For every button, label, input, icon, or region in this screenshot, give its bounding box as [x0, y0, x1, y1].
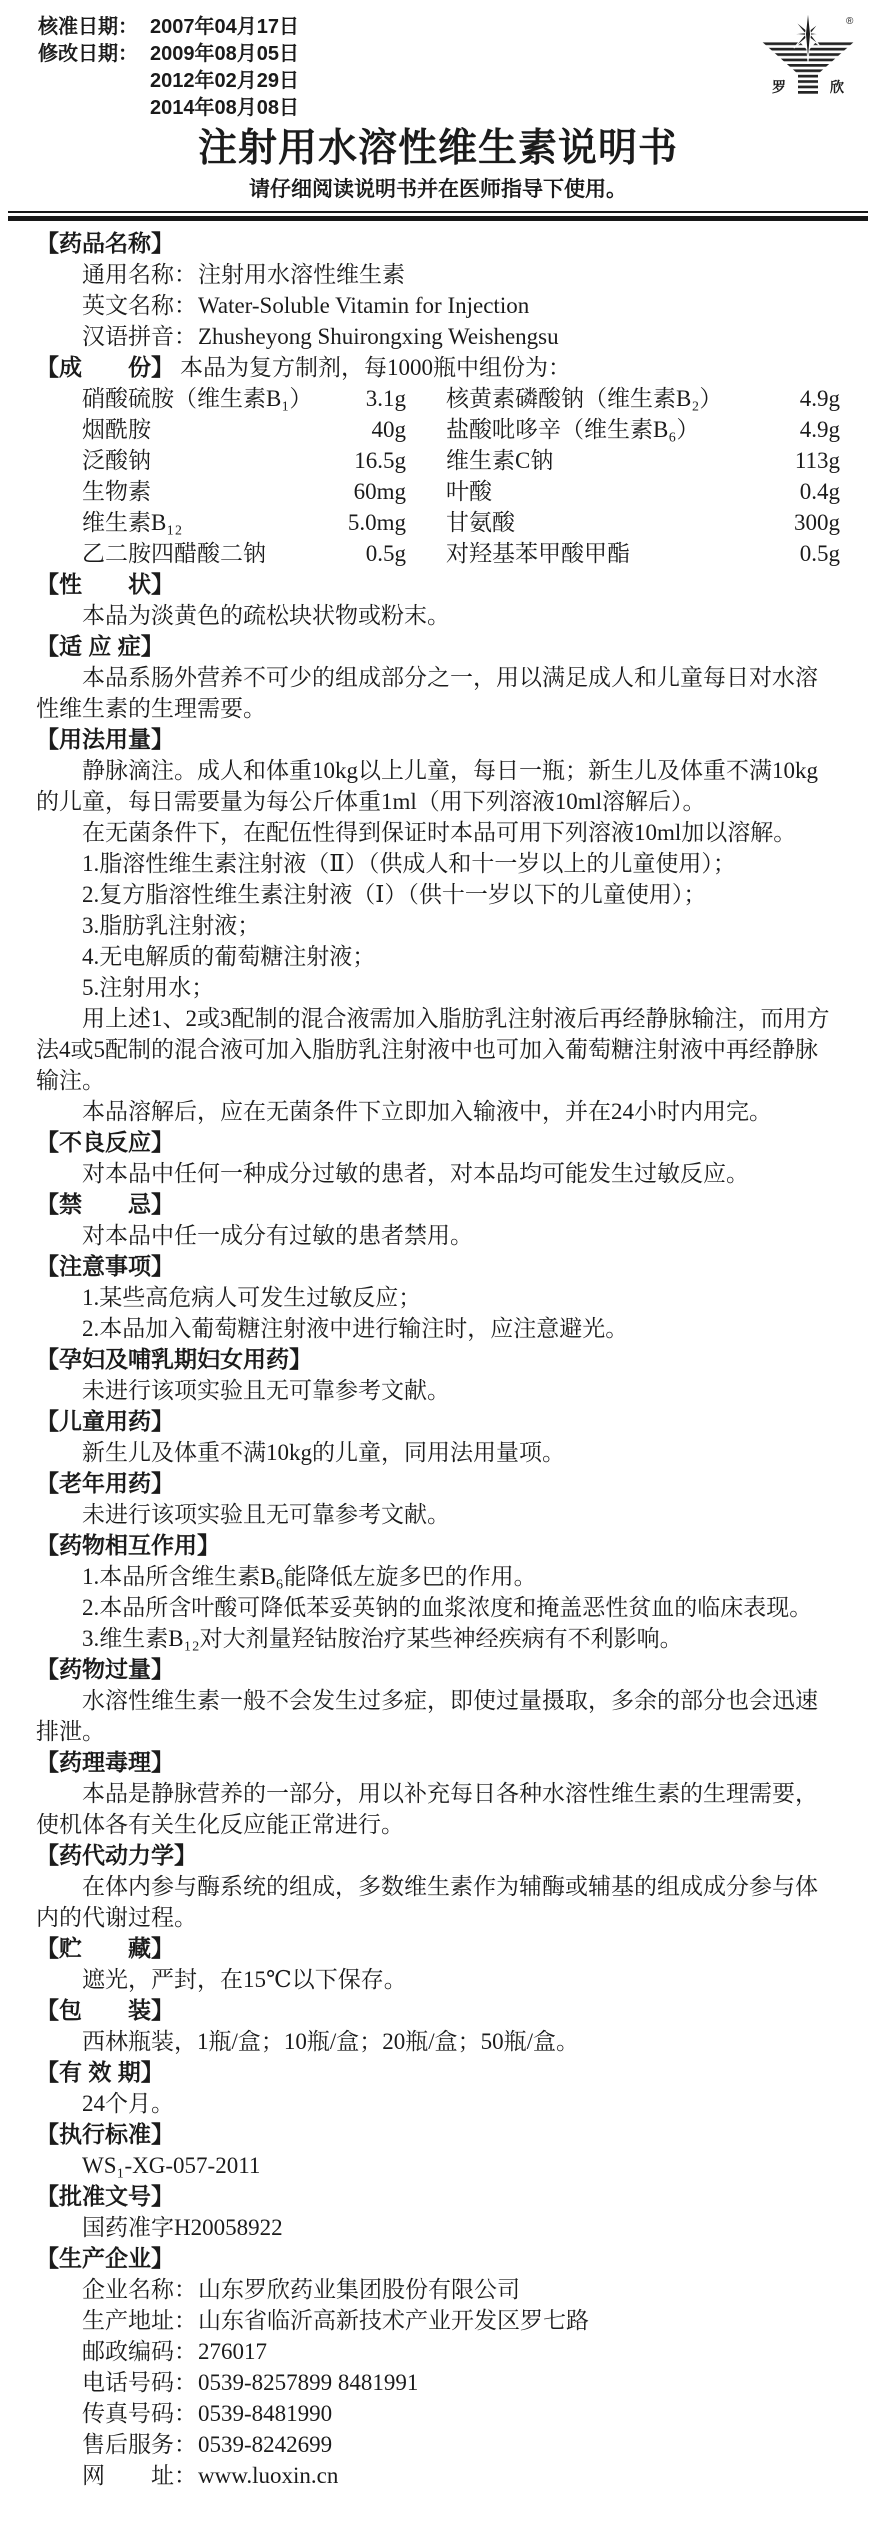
section-contraindications: 【禁 忌】对本品中任一成分有过敏的患者禁用。 — [36, 1189, 840, 1251]
paragraph: WS₁-XG-057-2011 — [36, 2150, 840, 2181]
paragraph: 在体内参与酶系统的组成，多数维生素作为辅酶或辅基的组成成分参与体内的代谢过程。 — [36, 1871, 840, 1933]
ingredient-amount: 4.9g — [728, 414, 840, 445]
section-heading-line: 【老年用药】 — [36, 1468, 840, 1499]
ingredient-amount: 0.5g — [332, 538, 406, 569]
page-title: 注射用水溶性维生素说明书 — [38, 126, 838, 172]
approval-date-value: 2007年04月17日 — [150, 14, 299, 41]
section-heading-line: 【生产企业】 — [36, 2243, 840, 2274]
field-line: 生产地址：山东省临沂高新技术产业开发区罗七路 — [36, 2305, 840, 2336]
section-heading-line: 【成 份】本品为复方制剂，每1000瓶中组份为： — [36, 352, 840, 383]
field-label: 邮政编码： — [82, 2336, 198, 2367]
paragraph: 在无菌条件下，在配伍性得到保证时本品可用下列溶液10ml加以溶解。 — [36, 817, 840, 848]
section-pregnancy: 【孕妇及哺乳期妇女用药】未进行该项实验且无可靠参考文献。 — [36, 1344, 840, 1406]
ingredient-name: 叶酸 — [406, 476, 728, 507]
leaflet-header: 核准日期： 2007年04月17日 修改日期： 2009年08月05日 2012… — [0, 0, 876, 203]
ingredient-name: 对羟基苯甲酸甲酯 — [406, 538, 728, 569]
paragraph: 本品为淡黄色的疏松块状物或粉末。 — [36, 600, 840, 631]
field-value: Zhusheyong Shuirongxing Weishengsu — [198, 321, 559, 352]
field-line: 英文名称：Water-Soluble Vitamin for Injection — [36, 290, 840, 321]
revision-date-line: 2014年08月08日 — [38, 95, 838, 122]
ingredient-name: 维生素B₁₂ — [82, 507, 332, 538]
paragraph: 新生儿及体重不满10kg的儿童，同用法用量项。 — [36, 1437, 840, 1468]
field-value: 山东省临沂高新技术产业开发区罗七路 — [198, 2305, 589, 2336]
paragraph: 2.本品所含叶酸可降低苯妥英钠的血浆浓度和掩盖恶性贫血的临床表现。 — [36, 1592, 840, 1623]
paragraph: 对本品中任一成分有过敏的患者禁用。 — [36, 1220, 840, 1251]
revision-date-label: 修改日期： — [38, 41, 150, 68]
section-heading-line: 【执行标准】 — [36, 2119, 840, 2150]
field-label: 汉语拼音： — [82, 321, 198, 352]
section-heading-shelf-life: 【有 效 期】 — [36, 2059, 164, 2085]
paragraph: 2.本品加入葡萄糖注射液中进行输注时，应注意避光。 — [36, 1313, 840, 1344]
ingredient-name: 硝酸硫胺（维生素B₁） — [82, 383, 332, 414]
section-heading-adverse-reactions: 【不良反应】 — [36, 1129, 174, 1155]
paragraph: 本品系肠外营养不可少的组成部分之一，用以满足成人和儿童每日对水溶性维生素的生理需… — [36, 662, 840, 724]
section-dosage: 【用法用量】静脉滴注。成人和体重10kg以上儿童，每日一瓶；新生儿及体重不满10… — [36, 724, 840, 1127]
luoxin-brand-logo: 罗 欣 ® — [758, 10, 858, 110]
section-heading-contraindications: 【禁 忌】 — [36, 1191, 174, 1217]
field-value: 0539-8257899 8481991 — [198, 2367, 418, 2398]
section-adverse-reactions: 【不良反应】对本品中任何一种成分过敏的患者，对本品均可能发生过敏反应。 — [36, 1127, 840, 1189]
section-heading-line: 【禁 忌】 — [36, 1189, 840, 1220]
section-heading-approval-number: 【批准文号】 — [36, 2183, 174, 2209]
revision-date-value: 2012年02月29日 — [150, 68, 299, 95]
field-value: 山东罗欣药业集团股份有限公司 — [198, 2274, 520, 2305]
ingredients-table: 硝酸硫胺（维生素B₁）3.1g核黄素磷酸钠（维生素B₂）4.9g烟酰胺40g盐酸… — [36, 383, 840, 569]
field-value: 276017 — [198, 2336, 267, 2367]
field-label: 售后服务： — [82, 2429, 198, 2460]
field-line: 通用名称：注射用水溶性维生素 — [36, 259, 840, 290]
ingredient-amount: 113g — [728, 445, 840, 476]
logo-char-left: 罗 — [772, 79, 786, 95]
page-subtitle: 请仔细阅读说明书并在医师指导下使用。 — [38, 177, 838, 203]
section-description: 【性 状】本品为淡黄色的疏松块状物或粉末。 — [36, 569, 840, 631]
ingredient-name: 烟酰胺 — [82, 414, 332, 445]
section-shelf-life: 【有 效 期】24个月。 — [36, 2057, 840, 2119]
field-label: 英文名称： — [82, 290, 198, 321]
field-line: 售后服务：0539-8242699 — [36, 2429, 840, 2460]
section-heading-line: 【儿童用药】 — [36, 1406, 840, 1437]
section-pharmacokinetics: 【药代动力学】在体内参与酶系统的组成，多数维生素作为辅酶或辅基的组成成分参与体内… — [36, 1840, 840, 1933]
section-heading-pregnancy: 【孕妇及哺乳期妇女用药】 — [36, 1346, 312, 1372]
paragraph: 西林瓶装，1瓶/盒；10瓶/盒；20瓶/盒；50瓶/盒。 — [36, 2026, 840, 2057]
revision-date-line: 2012年02月29日 — [38, 68, 838, 95]
section-heading-line: 【适 应 症】 — [36, 631, 840, 662]
ingredient-amount: 0.5g — [728, 538, 840, 569]
ingredient-amount: 300g — [728, 507, 840, 538]
section-heading-pharmacology-toxicology: 【药理毒理】 — [36, 1749, 174, 1775]
section-heading-dosage: 【用法用量】 — [36, 726, 174, 752]
section-drug-name: 【药品名称】通用名称：注射用水溶性维生素英文名称：Water-Soluble V… — [36, 228, 840, 352]
section-heading-geriatric-use: 【老年用药】 — [36, 1470, 174, 1496]
luoxin-logo-graphic: 罗 欣 ® — [758, 10, 858, 110]
section-heading-line: 【批准文号】 — [36, 2181, 840, 2212]
paragraph: 1.本品所含维生素B₆能降低左旋多巴的作用。 — [36, 1561, 840, 1592]
paragraph: 水溶性维生素一般不会发生过多症，即使过量摄取，多余的部分也会迅速排泄。 — [36, 1685, 840, 1747]
section-heading-line: 【药物相互作用】 — [36, 1530, 840, 1561]
section-heading-line: 【贮 藏】 — [36, 1933, 840, 1964]
section-heading-line: 【性 状】 — [36, 569, 840, 600]
section-drug-interactions: 【药物相互作用】1.本品所含维生素B₆能降低左旋多巴的作用。2.本品所含叶酸可降… — [36, 1530, 840, 1654]
ingredient-name: 泛酸钠 — [82, 445, 332, 476]
section-heading-pediatric-use: 【儿童用药】 — [36, 1408, 174, 1434]
field-label: 网 址： — [82, 2460, 198, 2491]
section-packaging: 【包 装】西林瓶装，1瓶/盒；10瓶/盒；20瓶/盒；50瓶/盒。 — [36, 1995, 840, 2057]
field-line: 邮政编码：276017 — [36, 2336, 840, 2367]
section-heading-storage: 【贮 藏】 — [36, 1935, 174, 1961]
ingredient-name: 乙二胺四醋酸二钠 — [82, 538, 332, 569]
section-heading-description: 【性 状】 — [36, 571, 174, 597]
ingredient-amount: 4.9g — [728, 383, 840, 414]
field-line: 电话号码：0539-8257899 8481991 — [36, 2367, 840, 2398]
ingredient-amount: 60mg — [332, 476, 406, 507]
section-heading-composition: 【成 份】 — [36, 354, 174, 380]
section-composition: 【成 份】本品为复方制剂，每1000瓶中组份为：硝酸硫胺（维生素B₁）3.1g核… — [36, 352, 840, 569]
section-heading-overdose: 【药物过量】 — [36, 1656, 174, 1682]
ingredient-amount: 5.0mg — [332, 507, 406, 538]
paragraph: 24个月。 — [36, 2088, 840, 2119]
field-line: 传真号码：0539-8481990 — [36, 2398, 840, 2429]
section-heading-line: 【孕妇及哺乳期妇女用药】 — [36, 1344, 840, 1375]
section-precautions: 【注意事项】1.某些高危病人可发生过敏反应；2.本品加入葡萄糖注射液中进行输注时… — [36, 1251, 840, 1344]
paragraph: 静脉滴注。成人和体重10kg以上儿童，每日一瓶；新生儿及体重不满10kg的儿童，… — [36, 755, 840, 817]
section-approval-number: 【批准文号】国药准字H20058922 — [36, 2181, 840, 2243]
section-indications: 【适 应 症】本品系肠外营养不可少的组成部分之一，用以满足成人和儿童每日对水溶性… — [36, 631, 840, 724]
paragraph: 3.脂肪乳注射液； — [36, 910, 840, 941]
ingredient-amount: 40g — [332, 414, 406, 445]
field-label: 传真号码： — [82, 2398, 198, 2429]
section-geriatric-use: 【老年用药】未进行该项实验且无可靠参考文献。 — [36, 1468, 840, 1530]
section-heading-precautions: 【注意事项】 — [36, 1253, 174, 1279]
paragraph: 本品溶解后，应在无菌条件下立即加入输液中，并在24小时内用完。 — [36, 1096, 840, 1127]
section-heading-line: 【药品名称】 — [36, 228, 840, 259]
logo-char-right: 欣 — [830, 79, 844, 95]
section-heading-drug-interactions: 【药物相互作用】 — [36, 1532, 220, 1558]
section-heading-line: 【用法用量】 — [36, 724, 840, 755]
section-heading-drug-name: 【药品名称】 — [36, 230, 174, 256]
ingredient-name: 盐酸吡哆辛（维生素B₆） — [406, 414, 728, 445]
section-executive-standard: 【执行标准】WS₁-XG-057-2011 — [36, 2119, 840, 2181]
paragraph: 未进行该项实验且无可靠参考文献。 — [36, 1499, 840, 1530]
paragraph: 5.注射用水； — [36, 972, 840, 1003]
paragraph: 对本品中任何一种成分过敏的患者，对本品均可能发生过敏反应。 — [36, 1158, 840, 1189]
paragraph: 2.复方脂溶性维生素注射液（Ⅰ）（供十一岁以下的儿童使用）； — [36, 879, 840, 910]
ingredient-name: 甘氨酸 — [406, 507, 728, 538]
paragraph: 3.维生素B₁₂对大剂量羟钴胺治疗某些神经疾病有不利影响。 — [36, 1623, 840, 1654]
field-label: 通用名称： — [82, 259, 198, 290]
section-heading-manufacturer: 【生产企业】 — [36, 2245, 174, 2271]
approval-date-label: 核准日期： — [38, 14, 150, 41]
paragraph: 4.无电解质的葡萄糖注射液； — [36, 941, 840, 972]
paragraph: 国药准字H20058922 — [36, 2212, 840, 2243]
divider-thin — [8, 211, 868, 213]
ingredient-amount: 0.4g — [728, 476, 840, 507]
paragraph: 1.脂溶性维生素注射液（Ⅱ）（供成人和十一岁以上的儿童使用）； — [36, 848, 840, 879]
field-line: 网 址：www.luoxin.cn — [36, 2460, 840, 2491]
field-value: 0539-8481990 — [198, 2398, 332, 2429]
section-heading-line: 【药代动力学】 — [36, 1840, 840, 1871]
revision-date-value: 2014年08月08日 — [150, 95, 299, 122]
field-value: 0539-8242699 — [198, 2429, 332, 2460]
field-label: 企业名称： — [82, 2274, 198, 2305]
section-heading-line: 【药理毒理】 — [36, 1747, 840, 1778]
paragraph: 本品是静脉营养的一部分，用以补充每日各种水溶性维生素的生理需要，使机体各有关生化… — [36, 1778, 840, 1840]
approval-date-line: 核准日期： 2007年04月17日 — [38, 14, 838, 41]
field-label: 生产地址： — [82, 2305, 198, 2336]
field-label: 电话号码： — [82, 2367, 198, 2398]
ingredient-name: 维生素C钠 — [406, 445, 728, 476]
section-pediatric-use: 【儿童用药】新生儿及体重不满10kg的儿童，同用法用量项。 — [36, 1406, 840, 1468]
ingredient-name: 生物素 — [82, 476, 332, 507]
paragraph: 1.某些高危病人可发生过敏反应； — [36, 1282, 840, 1313]
sections: 【药品名称】通用名称：注射用水溶性维生素英文名称：Water-Soluble V… — [0, 221, 876, 2521]
section-heading-pharmacokinetics: 【药代动力学】 — [36, 1842, 197, 1868]
section-intro-text: 本品为复方制剂，每1000瓶中组份为： — [180, 355, 571, 380]
registered-trademark-icon: ® — [846, 16, 854, 27]
paragraph: 未进行该项实验且无可靠参考文献。 — [36, 1375, 840, 1406]
field-value: www.luoxin.cn — [198, 2460, 338, 2491]
field-value: Water-Soluble Vitamin for Injection — [198, 290, 529, 321]
section-heading-packaging: 【包 装】 — [36, 1997, 174, 2023]
field-line: 汉语拼音：Zhusheyong Shuirongxing Weishengsu — [36, 321, 840, 352]
section-heading-indications: 【适 应 症】 — [36, 633, 164, 659]
section-heading-line: 【注意事项】 — [36, 1251, 840, 1282]
section-heading-line: 【不良反应】 — [36, 1127, 840, 1158]
ingredient-name: 核黄素磷酸钠（维生素B₂） — [406, 383, 728, 414]
section-pharmacology-toxicology: 【药理毒理】本品是静脉营养的一部分，用以补充每日各种水溶性维生素的生理需要，使机… — [36, 1747, 840, 1840]
section-heading-line: 【有 效 期】 — [36, 2057, 840, 2088]
revision-date-value: 2009年08月05日 — [150, 41, 299, 68]
section-overdose: 【药物过量】水溶性维生素一般不会发生过多症，即使过量摄取，多余的部分也会迅速排泄… — [36, 1654, 840, 1747]
ingredient-amount: 16.5g — [332, 445, 406, 476]
section-heading-line: 【药物过量】 — [36, 1654, 840, 1685]
paragraph: 用上述1、2或3配制的混合液需加入脂肪乳注射液后再经静脉输注，而用方法4或5配制… — [36, 1003, 840, 1096]
leaflet-page: 核准日期： 2007年04月17日 修改日期： 2009年08月05日 2012… — [0, 0, 876, 2521]
section-heading-line: 【包 装】 — [36, 1995, 840, 2026]
ingredient-amount: 3.1g — [332, 383, 406, 414]
section-heading-executive-standard: 【执行标准】 — [36, 2121, 174, 2147]
paragraph: 遮光，严封，在15℃以下保存。 — [36, 1964, 840, 1995]
field-line: 企业名称：山东罗欣药业集团股份有限公司 — [36, 2274, 840, 2305]
section-storage: 【贮 藏】遮光，严封，在15℃以下保存。 — [36, 1933, 840, 1995]
field-value: 注射用水溶性维生素 — [198, 259, 405, 290]
revision-date-line: 修改日期： 2009年08月05日 — [38, 41, 838, 68]
dates-block: 核准日期： 2007年04月17日 修改日期： 2009年08月05日 2012… — [38, 14, 838, 122]
